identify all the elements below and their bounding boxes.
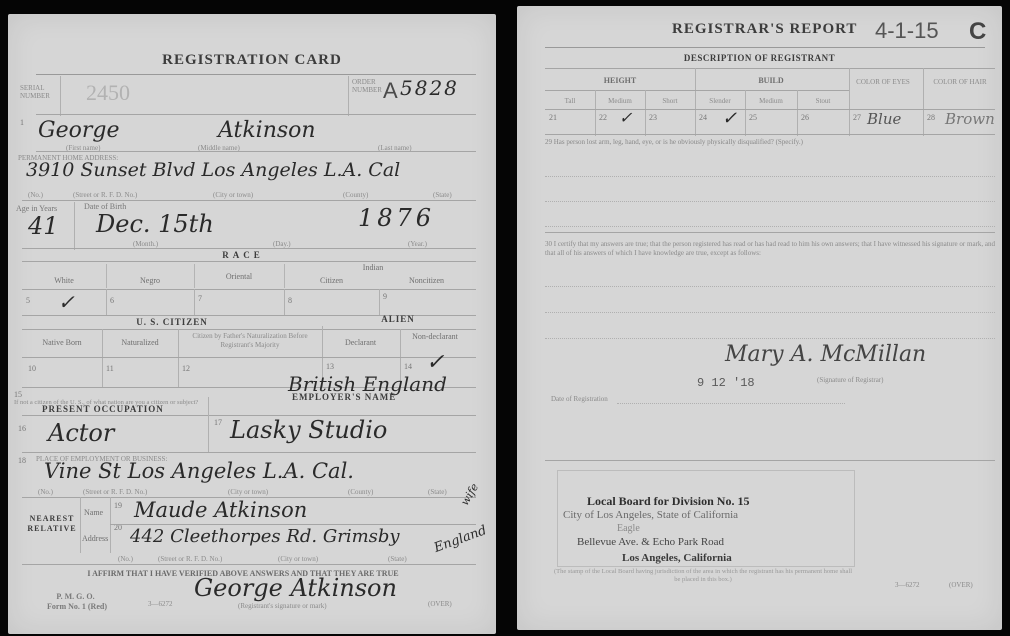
build-slender-check: ✓ <box>722 108 737 129</box>
occupation-heading: PRESENT OCCUPATION <box>42 404 164 414</box>
question-30: 30 I certify that my answers are true; t… <box>545 240 995 258</box>
registrar-signature: Mary A. McMillan <box>725 342 926 367</box>
eye-color-value: Blue <box>867 110 901 128</box>
race-col-indian-noncitizen: Noncitizen <box>379 276 474 285</box>
serial-number-value: 2450 <box>86 80 130 106</box>
field-number: 28 <box>927 113 935 122</box>
field-number: 15 <box>14 390 22 399</box>
print-code: 3—6272 <box>148 600 173 608</box>
caption: (No.) <box>28 191 43 199</box>
alien-heading: ALIEN <box>318 314 478 324</box>
height-medium-check: ✓ <box>619 108 632 127</box>
serial-number-label: SERIAL NUMBER <box>20 84 60 100</box>
relative-relation: wife <box>458 481 481 508</box>
field-number: 11 <box>106 364 114 373</box>
race-col-white: White <box>22 276 106 285</box>
registration-card-back: REGISTRAR'S REPORT 4-1-15 C DESCRIPTION … <box>517 6 1002 630</box>
field-number: 1 <box>20 118 24 127</box>
employer-value: Lasky Studio <box>230 416 387 444</box>
caption: (State) <box>388 555 407 563</box>
caption: (County) <box>343 191 368 199</box>
build-col-stout: Stout <box>797 97 849 105</box>
caption: (City or town) <box>213 191 253 199</box>
relative-address-label: Address <box>82 534 108 543</box>
field-number: 7 <box>198 294 202 303</box>
caption: (Street or R. F. D. No.) <box>73 191 137 199</box>
stamp-line-5: Los Angeles, California <box>622 552 732 564</box>
citizen-col-naturalized: Naturalized <box>102 338 178 347</box>
field-number: 23 <box>649 113 657 122</box>
caption: (Day.) <box>273 240 291 248</box>
relative-name-label: Name <box>84 508 103 517</box>
over-label: (OVER) <box>428 600 452 608</box>
field-number: 6 <box>110 296 114 305</box>
build-col-slender: Slender <box>695 97 745 105</box>
race-heading: RACE <box>8 250 478 260</box>
field-number: 24 <box>699 113 707 122</box>
field-number: 26 <box>801 113 809 122</box>
registrars-report-title: REGISTRAR'S REPORT <box>672 21 857 38</box>
employer-heading: EMPLOYER'S NAME <box>292 392 396 402</box>
height-heading: HEIGHT <box>545 76 695 85</box>
caption: (No.) <box>118 555 133 563</box>
height-col-tall: Tall <box>545 97 595 105</box>
employment-place-value: Vine St Los Angeles L.A. Cal. <box>44 459 354 483</box>
age-value: 41 <box>28 212 59 240</box>
field-number: 16 <box>18 424 26 433</box>
race-white-check: ✓ <box>58 290 75 314</box>
caption: (Street or R. F. D. No.) <box>83 488 147 496</box>
field-number: 17 <box>214 418 222 427</box>
order-number-value: 5828 <box>400 76 459 100</box>
field-number: 18 <box>18 456 26 465</box>
field-number: 12 <box>182 364 190 373</box>
hair-color-value: Brown <box>945 110 995 128</box>
field-number: 13 <box>326 362 334 371</box>
form-id-line2: Form No. 1 (Red) <box>22 602 132 611</box>
build-col-medium: Medium <box>745 97 797 105</box>
indian-heading: Indian <box>283 263 463 272</box>
citizen-col-fathers: Citizen by Father's Naturalization Befor… <box>180 332 320 350</box>
field-number: 14 <box>404 362 412 371</box>
caption: (City or town) <box>278 555 318 563</box>
citizen-col-native: Native Born <box>22 338 102 347</box>
stamp-note: (The stamp of the Local Board having jur… <box>553 568 853 584</box>
report-code-letter: C <box>969 18 986 46</box>
stamp-line-1: Local Board for Division No. 15 <box>587 494 749 509</box>
alien-col-declarant: Declarant <box>323 338 398 347</box>
field-number: 8 <box>288 296 292 305</box>
field-number: 21 <box>549 113 557 122</box>
race-col-indian-citizen: Citizen <box>284 276 379 285</box>
first-name: George <box>38 118 119 143</box>
height-col-short: Short <box>645 97 695 105</box>
field-number: 27 <box>853 113 861 122</box>
relative-address-value: 442 Cleethorpes Rd. Grimsby <box>130 526 400 547</box>
date-of-registration-label: Date of Registration <box>551 395 608 403</box>
field-number: 22 <box>599 113 607 122</box>
field-number: 5 <box>26 296 30 305</box>
caption: (City or town) <box>228 488 268 496</box>
field-number: 25 <box>749 113 757 122</box>
caption: (Month.) <box>133 240 158 248</box>
registrar-caption: (Signature of Registrar) <box>817 376 883 384</box>
nearest-relative-label: NEAREST RELATIVE <box>22 514 82 534</box>
birth-month-day: Dec. 15th <box>96 210 214 238</box>
birth-year: 1876 <box>358 204 435 232</box>
stamp-line-3: Eagle <box>617 523 640 534</box>
stamp-line-4: Bellevue Ave. & Echo Park Road <box>577 536 724 548</box>
eyes-heading: COLOR OF EYES <box>849 78 917 87</box>
field-number: 10 <box>28 364 36 373</box>
registration-card-front: REGISTRATION CARD SERIAL NUMBER 2450 ORD… <box>8 14 496 634</box>
over-label: (OVER) <box>949 581 973 589</box>
us-citizen-heading: U. S. CITIZEN <box>22 317 322 327</box>
registrant-signature: George Atkinson <box>194 574 397 602</box>
caption: (Street or R. F. D. No.) <box>158 555 222 563</box>
home-address-value: 3910 Sunset Blvd Los Angeles L.A. Cal <box>26 159 400 181</box>
caption: (No.) <box>38 488 53 496</box>
question-29: 29 Has person lost arm, leg, hand, eye, … <box>545 138 995 147</box>
report-code: 4-1-15 <box>875 18 939 44</box>
last-name: Atkinson <box>218 118 316 143</box>
registration-date-stamp: 9 12 '18 <box>697 376 755 390</box>
relative-name-value: Maude Atkinson <box>134 498 307 522</box>
description-heading: DESCRIPTION OF REGISTRANT <box>517 53 1002 63</box>
signature-caption: (Registrant's signature or mark) <box>238 602 327 610</box>
hair-heading: COLOR OF HAIR <box>921 78 999 87</box>
form-id-line1: P. M. G. O. <box>28 592 123 601</box>
field-number: 19 <box>114 501 122 510</box>
field-number: 9 <box>383 292 387 301</box>
race-col-oriental: Oriental <box>194 272 284 281</box>
card-title: REGISTRATION CARD <box>8 52 496 69</box>
caption: (Year.) <box>408 240 427 248</box>
occupation-value: Actor <box>48 419 114 447</box>
race-col-negro: Negro <box>106 276 194 285</box>
caption: (State) <box>428 488 447 496</box>
height-col-medium: Medium <box>595 97 645 105</box>
print-code: 3—6272 <box>895 581 920 589</box>
caption: (State) <box>433 191 452 199</box>
relative-address-country: England <box>432 523 489 556</box>
order-prefix: A <box>383 78 398 104</box>
caption: (County) <box>348 488 373 496</box>
alien-col-nondeclarant: Non-declarant <box>400 332 470 341</box>
build-heading: BUILD <box>695 76 847 85</box>
stamp-line-2: City of Los Angeles, State of California <box>563 509 738 521</box>
